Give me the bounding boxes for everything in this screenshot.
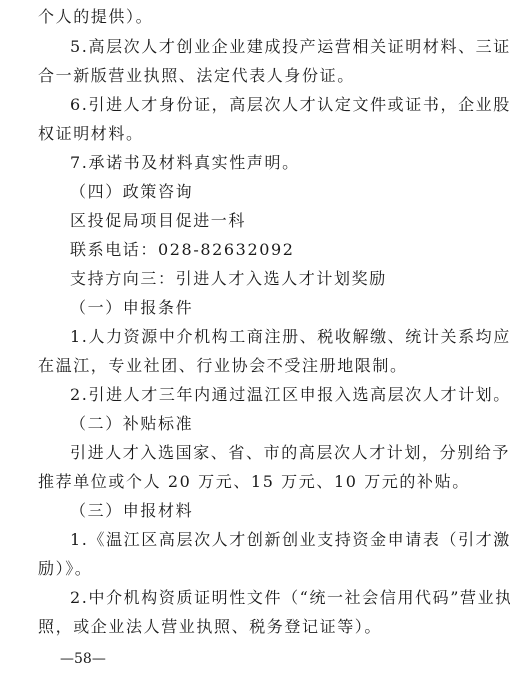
text-line: 权证明材料。 (38, 124, 480, 144)
text-line: 励）》。 (38, 559, 480, 579)
section-heading: 支持方向三：引进人才入选人才计划奖励 (70, 269, 480, 289)
contact-phone: 联系电话：028-82632092 (70, 240, 480, 260)
text-line: 1.《温江区高层次人才创新创业支持资金申请表（引才激 (70, 530, 480, 550)
section-heading: （三）申报材料 (70, 501, 480, 521)
text-line: 6.引进人才身份证，高层次人才认定文件或证书，企业股 (70, 95, 480, 115)
text-line: 5.高层次人才创业企业建成投产运营相关证明材料、三证 (70, 37, 480, 57)
text-line: 引进人才入选国家、省、市的高层次人才计划，分别给予 (70, 443, 480, 463)
text-line: 2.引进人才三年内通过温江区申报入选高层次人才计划。 (70, 385, 480, 405)
text-line: 1.人力资源中介机构工商注册、税收解缴、统计关系均应 (70, 327, 480, 347)
text-line: 7.承诺书及材料真实性声明。 (70, 153, 480, 173)
text-line: 照，或企业法人营业执照、税务登记证等）。 (38, 617, 480, 637)
text-line: 2.中介机构资质证明性文件（“统一社会信用代码”营业执 (70, 588, 480, 608)
section-heading: （四）政策咨询 (70, 182, 480, 202)
text-line: 在温江，专业社团、行业协会不受注册地限制。 (38, 356, 480, 376)
page-number: —58— (60, 650, 106, 668)
document-page: 个人的提供）。 5.高层次人才创业企业建成投产运营相关证明材料、三证 合一新版营… (0, 0, 510, 682)
section-heading: （二）补贴标准 (70, 414, 480, 434)
section-heading: （一）申报条件 (70, 298, 480, 318)
text-line: 个人的提供）。 (38, 7, 480, 27)
text-line: 合一新版营业执照、法定代表人身份证。 (38, 66, 480, 86)
text-line: 推荐单位或个人 20 万元、15 万元、10 万元的补贴。 (38, 472, 480, 492)
text-line: 区投促局项目促进一科 (70, 211, 480, 231)
